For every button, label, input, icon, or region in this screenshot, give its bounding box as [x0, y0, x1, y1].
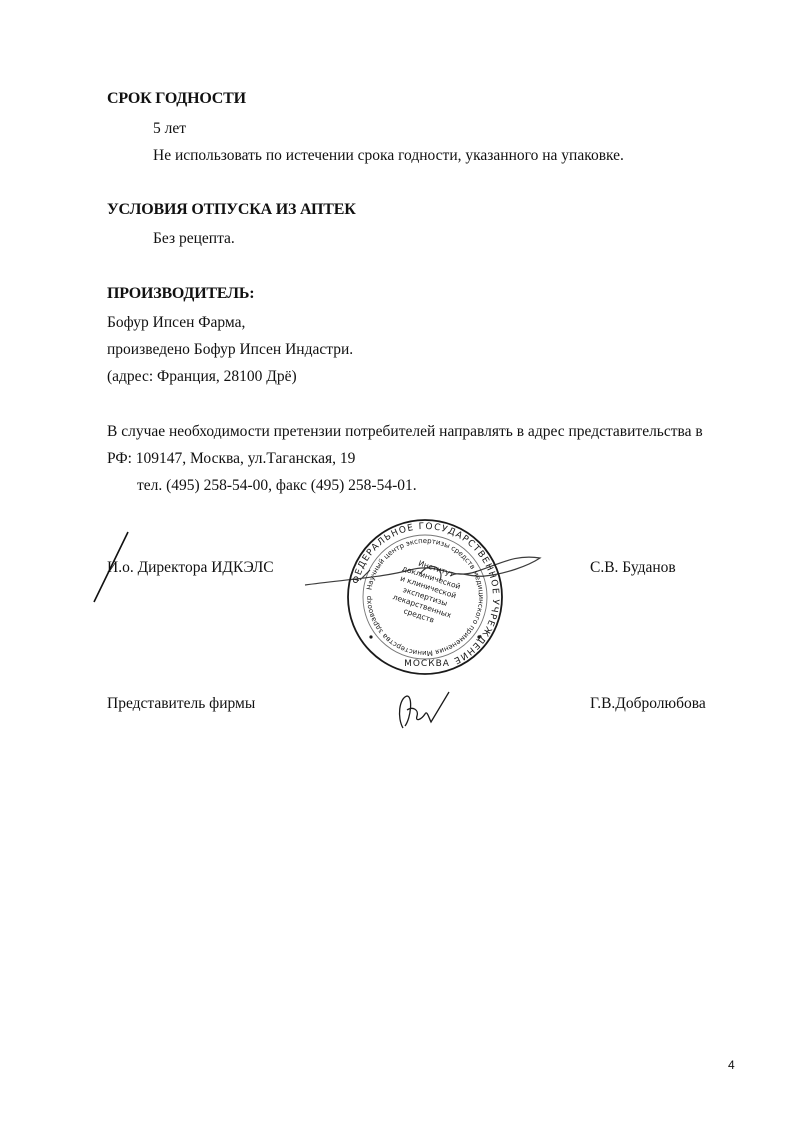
director-signature-stroke	[92, 530, 132, 605]
representative-signature	[393, 688, 453, 733]
document-page: СРОК ГОДНОСТИ 5 лет Не использовать по и…	[0, 0, 800, 1131]
representative-title: Представитель фирмы	[107, 695, 255, 713]
page-number: 4	[728, 1058, 735, 1072]
manufacturer-address: (адрес: Франция, 28100 Дрё)	[107, 368, 297, 386]
dispensing-heading: УСЛОВИЯ ОТПУСКА ИЗ АПТЕК	[107, 201, 356, 219]
claims-line-1: В случае необходимости претензии потреби…	[107, 423, 703, 441]
director-signature	[300, 540, 550, 600]
director-name: С.В. Буданов	[590, 559, 676, 577]
dispensing-value: Без рецепта.	[153, 230, 235, 248]
claims-address: РФ: 109147, Москва, ул.Таганская, 19	[107, 450, 355, 468]
manufacturer-heading: ПРОИЗВОДИТЕЛЬ:	[107, 285, 254, 303]
stamp-city: МОСКВА	[404, 659, 450, 669]
manufacturer-producer: произведено Бофур Ипсен Индастри.	[107, 341, 353, 359]
representative-name: Г.В.Добролюбова	[590, 695, 706, 713]
shelf-life-heading: СРОК ГОДНОСТИ	[107, 90, 246, 108]
manufacturer-name: Бофур Ипсен Фарма,	[107, 314, 245, 332]
claims-phone-fax: тел. (495) 258-54-00, факс (495) 258-54-…	[137, 477, 417, 495]
shelf-life-value: 5 лет	[153, 120, 186, 138]
shelf-life-note: Не использовать по истечении срока годно…	[153, 147, 624, 165]
